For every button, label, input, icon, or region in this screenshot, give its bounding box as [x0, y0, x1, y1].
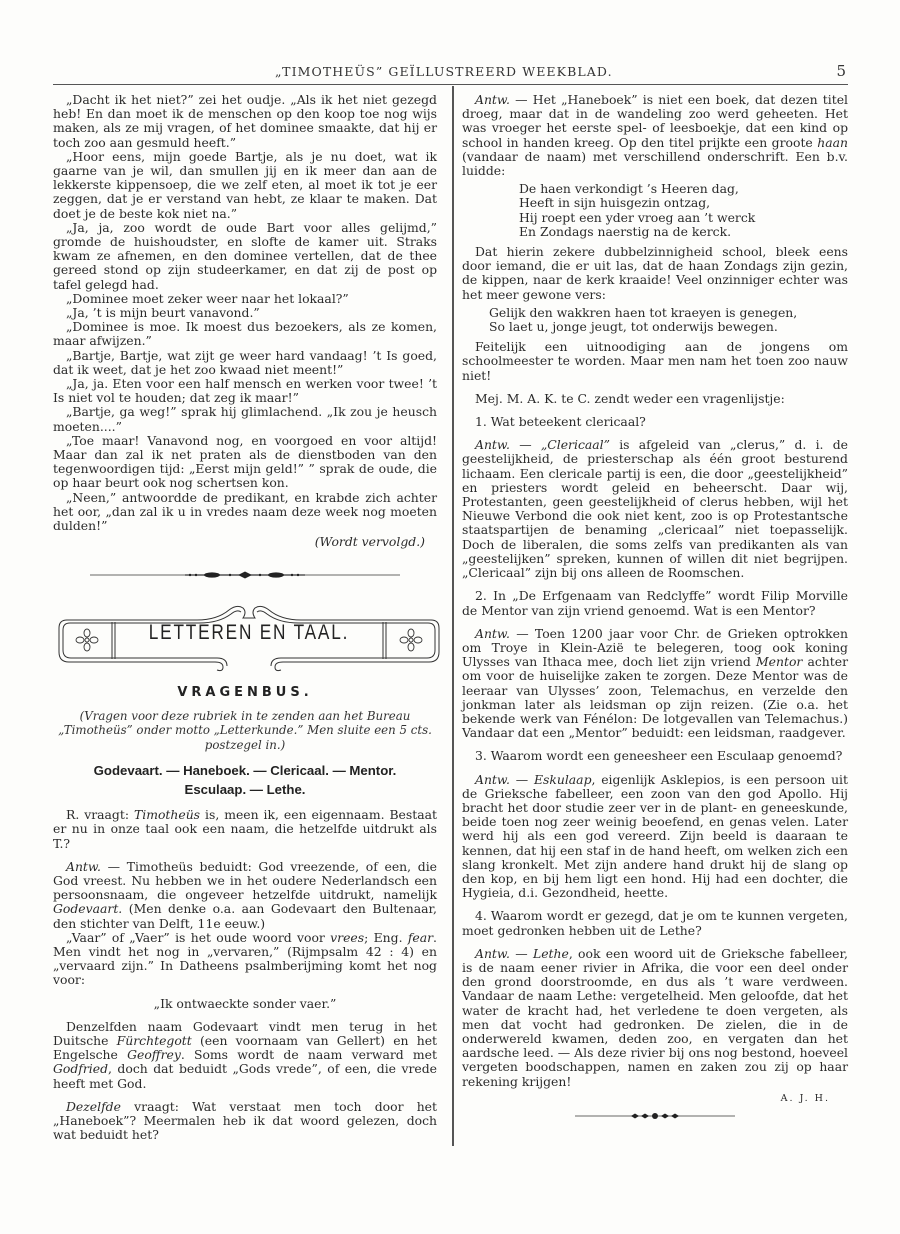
topics-line: Godevaart. — Haneboek. — Clericaal. — Me…: [53, 761, 437, 780]
section-banner: LETTEREN EN TAAL.: [57, 600, 441, 672]
quoted-line: „Ik ontwaeckte sonder vaer.”: [53, 997, 437, 1011]
answer-text: —: [510, 437, 541, 452]
story-paragraph: „Neen,” antwoordde de predikant, en krab…: [53, 491, 437, 534]
answer-1: Antw. — „Clericaal” is afgeleid van „cle…: [462, 438, 848, 580]
story-paragraph: „Ja, ja. Eten voor een half mensch en we…: [53, 377, 437, 405]
answer-paragraph: Feitelijk een uitnoodiging aan de jongen…: [462, 340, 848, 383]
answer-paragraph: Antw. — Het „Haneboek” is niet een boek,…: [462, 93, 848, 178]
answer-4: Antw. — Lethe, ook een woord uit de Grie…: [462, 947, 848, 1089]
answer-paragraph: Denzelfden naam Godevaart vindt men teru…: [53, 1020, 437, 1091]
emphasized-term: Godfried: [53, 1061, 108, 1076]
asker: R. vraagt:: [66, 807, 129, 822]
verse-block: Gelijk den wakkren haen tot kraeyen is g…: [462, 306, 848, 334]
story-paragraph: „Dominee is moe. Ik moest dus bezoekers,…: [53, 320, 437, 348]
page-header: „TIMOTHEÜS” GEÏLLUSTREERD WEEKBLAD. 5: [53, 60, 848, 85]
emphasized-term: Eskulaap: [534, 772, 592, 787]
answer-text: — Timotheüs beduidt: God vreezende, of e…: [53, 859, 437, 902]
ornamental-divider-icon: [90, 570, 400, 580]
question-4: 4. Waarom wordt er gezegd, dat je om te …: [462, 909, 848, 937]
end-ornament-icon: [575, 1112, 735, 1120]
topics-list: Godevaart. — Haneboek. — Clericaal. — Me…: [53, 761, 437, 799]
column-divider: [452, 86, 454, 1146]
emphasized-term: haan: [817, 135, 848, 150]
story-paragraph: „Dominee moet zeker weer naar het lokaal…: [53, 292, 437, 306]
emphasized-term: Geoffrey: [127, 1047, 181, 1062]
column-heading: VRAGENBUS.: [53, 686, 437, 700]
page-number: 5: [836, 62, 846, 80]
answer-text: —: [510, 772, 534, 787]
story-continuation: „Dacht ik het niet?” zei het oudje. „Als…: [53, 93, 437, 550]
answer-label: Antw.: [66, 859, 101, 874]
story-paragraph: „Ja, ’t is mijn beurt vanavond.”: [53, 306, 437, 320]
verse-line: Heeft in sijn huisgezin ontzag,: [519, 196, 848, 210]
verse-line: So laet u, jonge jeugt, tot onderwijs be…: [489, 320, 848, 334]
answer-label: Antw.: [475, 626, 510, 641]
verse-line: En Zondags naerstig na de kerck.: [519, 225, 848, 239]
answer-paragraph: „Vaar” of „Vaer” is het oude woord voor …: [53, 931, 437, 988]
emphasized-term: Lethe: [533, 946, 569, 961]
left-column: „Dacht ik het niet?” zei het oudje. „Als…: [53, 93, 437, 1142]
emphasized-term: fear: [408, 930, 433, 945]
answer-paragraph: Dat hierin zekere dubbelzinnigheid schoo…: [462, 245, 848, 302]
emphasized-term: Timotheüs: [134, 807, 200, 822]
verse-block: De haen verkondigt ’s Heeren dag, Heeft …: [462, 182, 848, 239]
answer-paragraph: Antw. — Timotheüs beduidt: God vreezende…: [53, 860, 437, 931]
answer-text: ; Eng.: [364, 930, 408, 945]
emphasized-term: Mentor: [756, 654, 802, 669]
answer-text: (vandaar de naam) met verschillend onder…: [462, 149, 848, 178]
question-paragraph: Dezelfde vraagt: Wat verstaat men toch d…: [53, 1100, 437, 1143]
answer-text: „Vaar” of „Vaer” is het oude woord voor: [66, 930, 330, 945]
question-3: 3. Waarom wordt een geneesheer een Escul…: [462, 749, 848, 763]
emphasized-term: Fürchtegott: [117, 1033, 192, 1048]
question-paragraph: R. vraagt: Timotheüs is, meen ik, een ei…: [53, 808, 437, 851]
emphasized-term: vrees: [330, 930, 364, 945]
asker: Dezelfde: [66, 1099, 121, 1114]
story-paragraph: „Dacht ik het niet?” zei het oudje. „Als…: [53, 93, 437, 150]
answer-text: . Soms wordt de naam verward met: [181, 1047, 437, 1062]
question-1: 1. Wat beteekent clericaal?: [462, 415, 848, 429]
author-signature: A. J. H.: [462, 1092, 848, 1106]
submission-instructions: (Vragen voor deze rubriek in te zenden a…: [53, 709, 437, 753]
publication-title: „TIMOTHEÜS” GEÏLLUSTREERD WEEKBLAD.: [275, 64, 613, 79]
story-paragraph: „Bartje, Bartje, wat zijt ge weer hard v…: [53, 349, 437, 377]
answer-label: Antw.: [475, 772, 510, 787]
answer-label: Antw.: [475, 92, 510, 107]
emphasized-term: „Clericaal”: [541, 437, 610, 452]
answer-2: Antw. — Toen 1200 jaar voor Chr. de Grie…: [462, 627, 848, 741]
answer-text: , eigenlijk Asklepios, is een persoon ui…: [462, 772, 848, 901]
story-paragraph: „Hoor eens, mijn goede Bartje, als je nu…: [53, 150, 437, 221]
answer-text: , ook een woord uit de Grieksche fabelle…: [462, 946, 848, 1089]
answer-text: —: [510, 946, 533, 961]
answer-text: — Het „Haneboek” is niet een boek, dat d…: [462, 92, 848, 150]
rosette-icon: [400, 629, 422, 651]
verse-line: Hij roept een yder vroeg aan ’t werck: [519, 211, 848, 225]
story-paragraph: „Bartje, ga weg!” sprak hij glimlachend.…: [53, 405, 437, 433]
answer-3: Antw. — Eskulaap, eigenlijk Asklepios, i…: [462, 773, 848, 901]
section-title: LETTEREN EN TAAL.: [146, 626, 353, 640]
answer-label: Antw.: [475, 437, 510, 452]
to-be-continued: (Wordt vervolgd.): [53, 535, 437, 549]
emphasized-term: Godevaart.: [53, 901, 122, 916]
rosette-icon: [76, 629, 98, 651]
verse-line: De haen verkondigt ’s Heeren dag,: [519, 182, 848, 196]
story-paragraph: „Toe maar! Vanavond nog, en voorgoed en …: [53, 434, 437, 491]
story-paragraph: „Ja, ja, zoo wordt de oude Bart voor all…: [53, 221, 437, 292]
answer-text: , doch dat beduidt „Gods vrede”, of een,…: [53, 1061, 437, 1090]
right-column: Antw. — Het „Haneboek” is niet een boek,…: [462, 93, 848, 1120]
verse-line: Gelijk den wakkren haen tot kraeyen is g…: [489, 306, 848, 320]
question-intro: Mej. M. A. K. te C. zendt weder een vrag…: [462, 392, 848, 406]
topics-line: Esculaap. — Lethe.: [53, 780, 437, 799]
answer-text: is afgeleid van „clerus,” d. i. de geest…: [462, 437, 848, 580]
answer-label: Antw.: [475, 946, 510, 961]
question-2: 2. In „De Erfgenaam van Redclyffe” wordt…: [462, 589, 848, 617]
